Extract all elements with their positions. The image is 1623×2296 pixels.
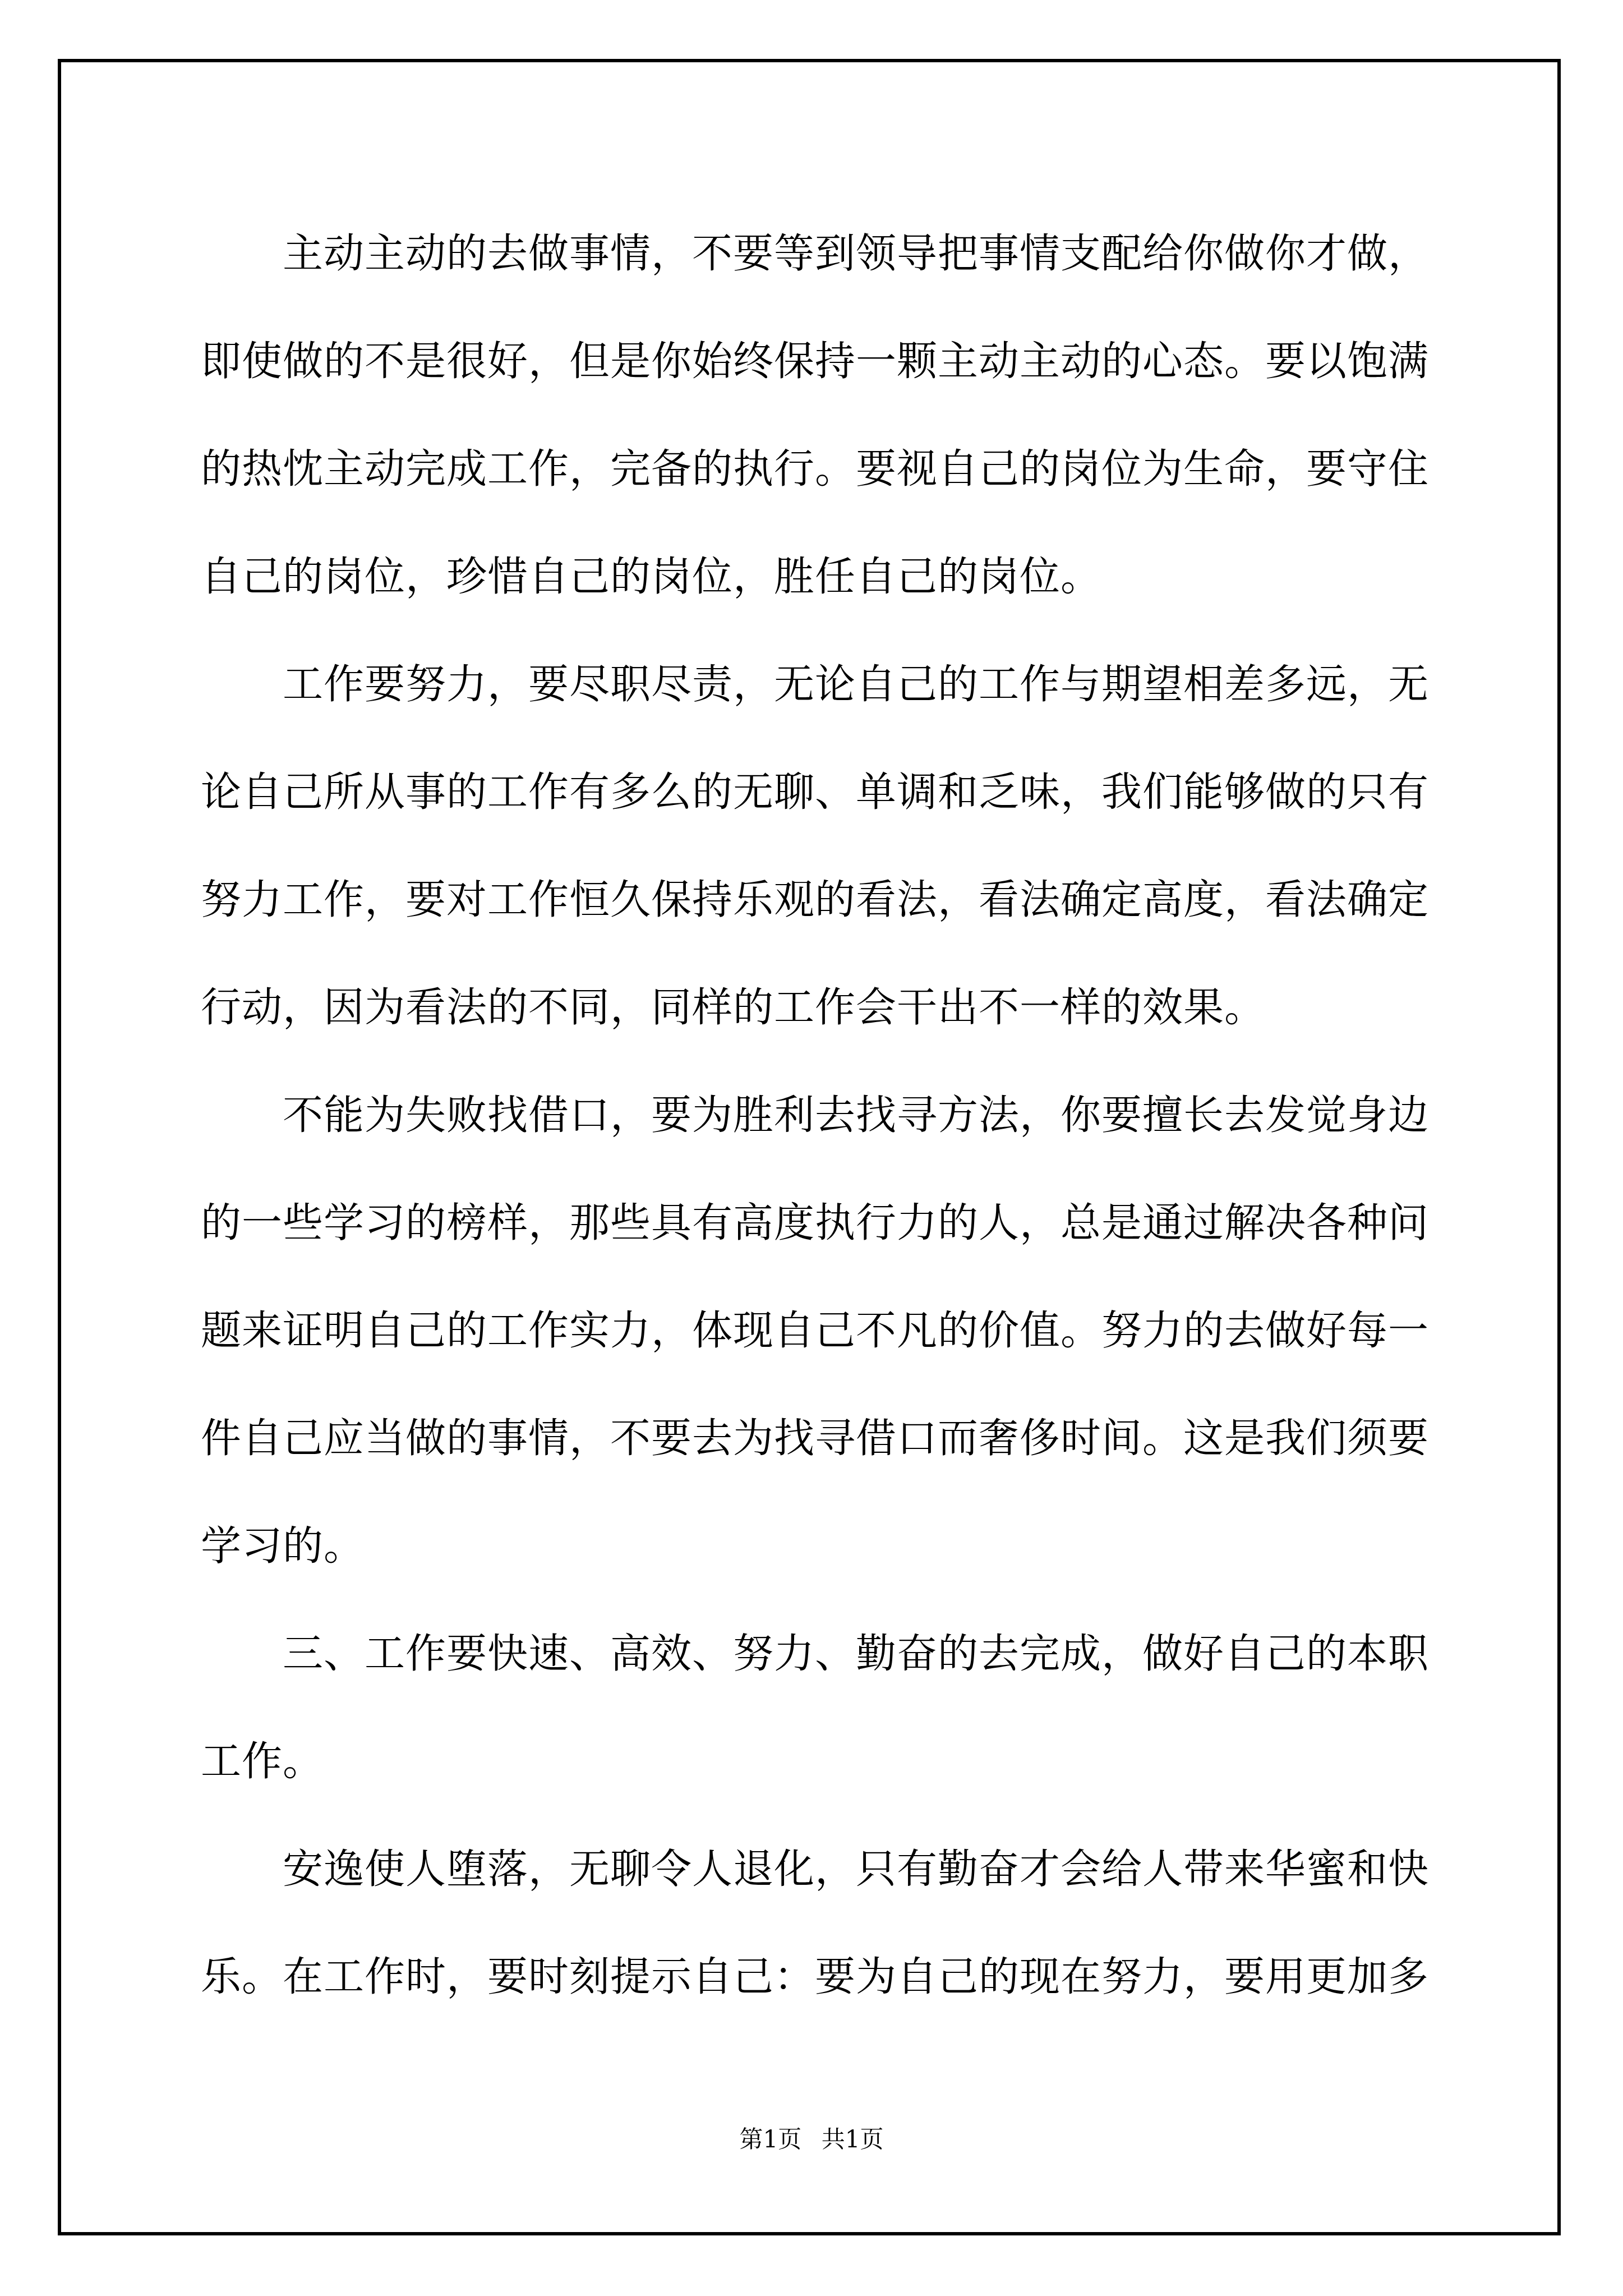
text-line: 乐。在工作时，要时刻提示自己：要为自己的现在努力，要用更加多 bbox=[201, 1922, 1451, 2030]
text-line: 学习的。 bbox=[201, 1492, 1451, 1599]
text-line: 论自己所从事的工作有多么的无聊、单调和乏味，我们能够做的只有 bbox=[201, 738, 1451, 845]
text-line: 工作要努力，要尽职尽责，无论自己的工作与期望相差多远，无 bbox=[201, 630, 1451, 738]
text-line: 努力工作，要对工作恒久保持乐观的看法，看法确定高度，看法确定 bbox=[201, 845, 1451, 953]
text-line: 即使做的不是很好，但是你始终保持一颗主动主动的心态。要以饱满 bbox=[201, 307, 1451, 415]
text-line: 主动主动的去做事情，不要等到领导把事情支配给你做你才做， bbox=[201, 199, 1451, 307]
text-block: 主动主动的去做事情，不要等到领导把事情支配给你做你才做，即使做的不是很好，但是你… bbox=[201, 199, 1451, 2030]
text-line: 题来证明自己的工作实力，体现自己不凡的价值。努力的去做好每一 bbox=[201, 1276, 1451, 1384]
text-line: 三、工作要快速、高效、努力、勤奋的去完成，做好自己的本职 bbox=[201, 1599, 1451, 1707]
page-number-footer: 第1页 共1页 bbox=[0, 2126, 1623, 2153]
text-line: 自己的岗位，珍惜自己的岗位，胜任自己的岗位。 bbox=[201, 522, 1451, 630]
text-line: 行动，因为看法的不同，同样的工作会干出不一样的效果。 bbox=[201, 953, 1451, 1061]
text-line: 不能为失败找借口，要为胜利去找寻方法，你要擅长去发觉身边 bbox=[201, 1061, 1451, 1168]
text-line: 安逸使人堕落，无聊令人退化，只有勤奋才会给人带来华蜜和快 bbox=[201, 1815, 1451, 1922]
text-line: 的一些学习的榜样，那些具有高度执行力的人，总是通过解决各种问 bbox=[201, 1168, 1451, 1276]
text-line: 的热忱主动完成工作，完备的执行。要视自己的岗位为生命，要守住 bbox=[201, 415, 1451, 522]
text-line: 件自己应当做的事情，不要去为找寻借口而奢侈时间。这是我们须要 bbox=[201, 1384, 1451, 1492]
text-line: 工作。 bbox=[201, 1707, 1451, 1815]
